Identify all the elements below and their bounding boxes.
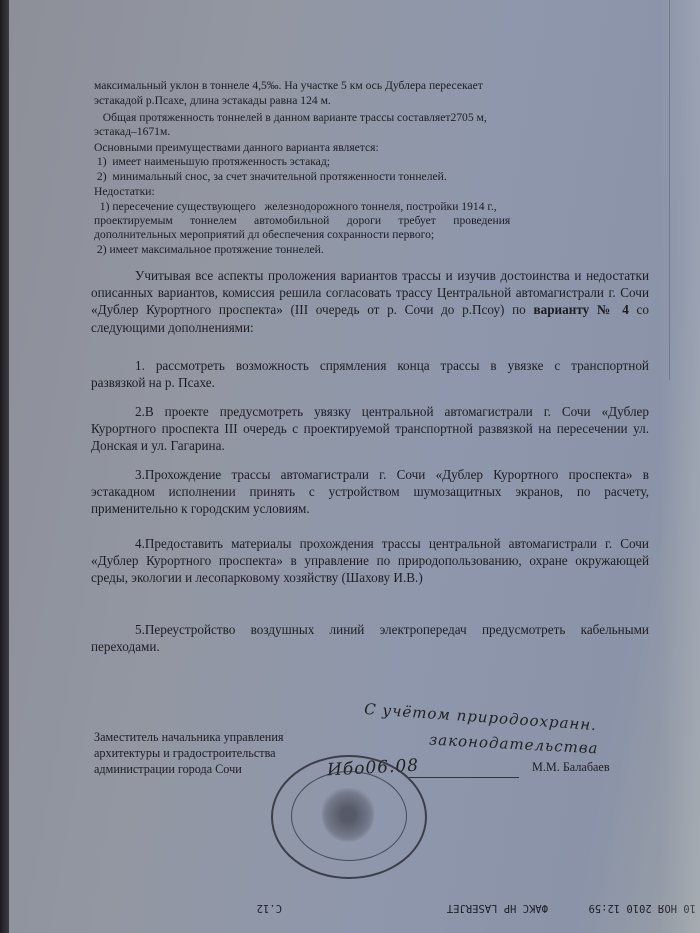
position-line: администрации города Сочи bbox=[94, 762, 283, 778]
item-5: 5.Переустройство воздушных линий электро… bbox=[91, 621, 649, 655]
fax-timestamp: 10 НОЯ 2010 12:59 bbox=[589, 902, 696, 914]
coat-of-arms-icon bbox=[322, 788, 374, 842]
text-line: 1) пересечение существующего железнодоро… bbox=[94, 200, 497, 215]
text-line: эстакад–1671м. bbox=[94, 125, 170, 140]
text-line: максимальный уклон в тоннеле 4,5‰. На уч… bbox=[94, 79, 483, 94]
fax-header-footer: С.12 ФАКС HP LASERJET 10 НОЯ 2010 12:59 bbox=[9, 896, 700, 918]
text-line: Общая протяженность тоннелей в данном ва… bbox=[94, 111, 487, 126]
text-line: 2) имеет максимальное протяжение тоннеле… bbox=[94, 243, 324, 258]
conclusion-paragraph: Учитывая все аспекты проложения варианто… bbox=[91, 267, 649, 336]
text-line: проектируемым тоннелем автомобильной дор… bbox=[94, 214, 646, 229]
handwritten-note: законодательства bbox=[429, 731, 599, 758]
fax-sender: ФАКС HP LASERJET bbox=[447, 902, 548, 914]
text-line: Основными преимуществами данного вариант… bbox=[94, 141, 379, 156]
text-line: 1) имеет наименьшую протяженность эстака… bbox=[94, 155, 330, 170]
variant-highlight: варианту № 4 bbox=[533, 302, 628, 317]
position-line: архитектуры и градостроительства bbox=[94, 746, 283, 762]
text-line: Недостатки: bbox=[94, 185, 155, 200]
text-line: эстакадой р.Псахе, длина эстакады равна … bbox=[94, 94, 331, 109]
text-line: дополнительных мероприятий дл обеспечени… bbox=[94, 228, 434, 243]
document-page: максимальный уклон в тоннеле 4,5‰. На уч… bbox=[9, 0, 700, 933]
desk-edge bbox=[0, 0, 9, 933]
signature-line bbox=[409, 777, 519, 778]
fax-page-number: С.12 bbox=[257, 902, 282, 914]
signatory-position: Заместитель начальника управления архите… bbox=[94, 730, 283, 777]
item-2: 2.В проекте предусмотреть увязку централ… bbox=[91, 403, 649, 455]
position-line: Заместитель начальника управления bbox=[94, 730, 283, 746]
signatory-name: М.М. Балабаев bbox=[532, 760, 610, 775]
handwritten-note: С учётом природоохранн. bbox=[364, 700, 598, 734]
paper-fold bbox=[669, 0, 670, 380]
seal-inner-ring bbox=[291, 771, 407, 861]
item-4: 4.Предоставить материалы прохождения тра… bbox=[91, 535, 649, 587]
text-line: 2) минимальный снос, за счет значительно… bbox=[94, 170, 447, 185]
item-3: 3.Прохождение трассы автомагистрали г. С… bbox=[91, 466, 649, 518]
official-seal-stamp bbox=[271, 755, 427, 879]
item-1: 1. рассмотреть возможность спрямления ко… bbox=[91, 357, 649, 391]
